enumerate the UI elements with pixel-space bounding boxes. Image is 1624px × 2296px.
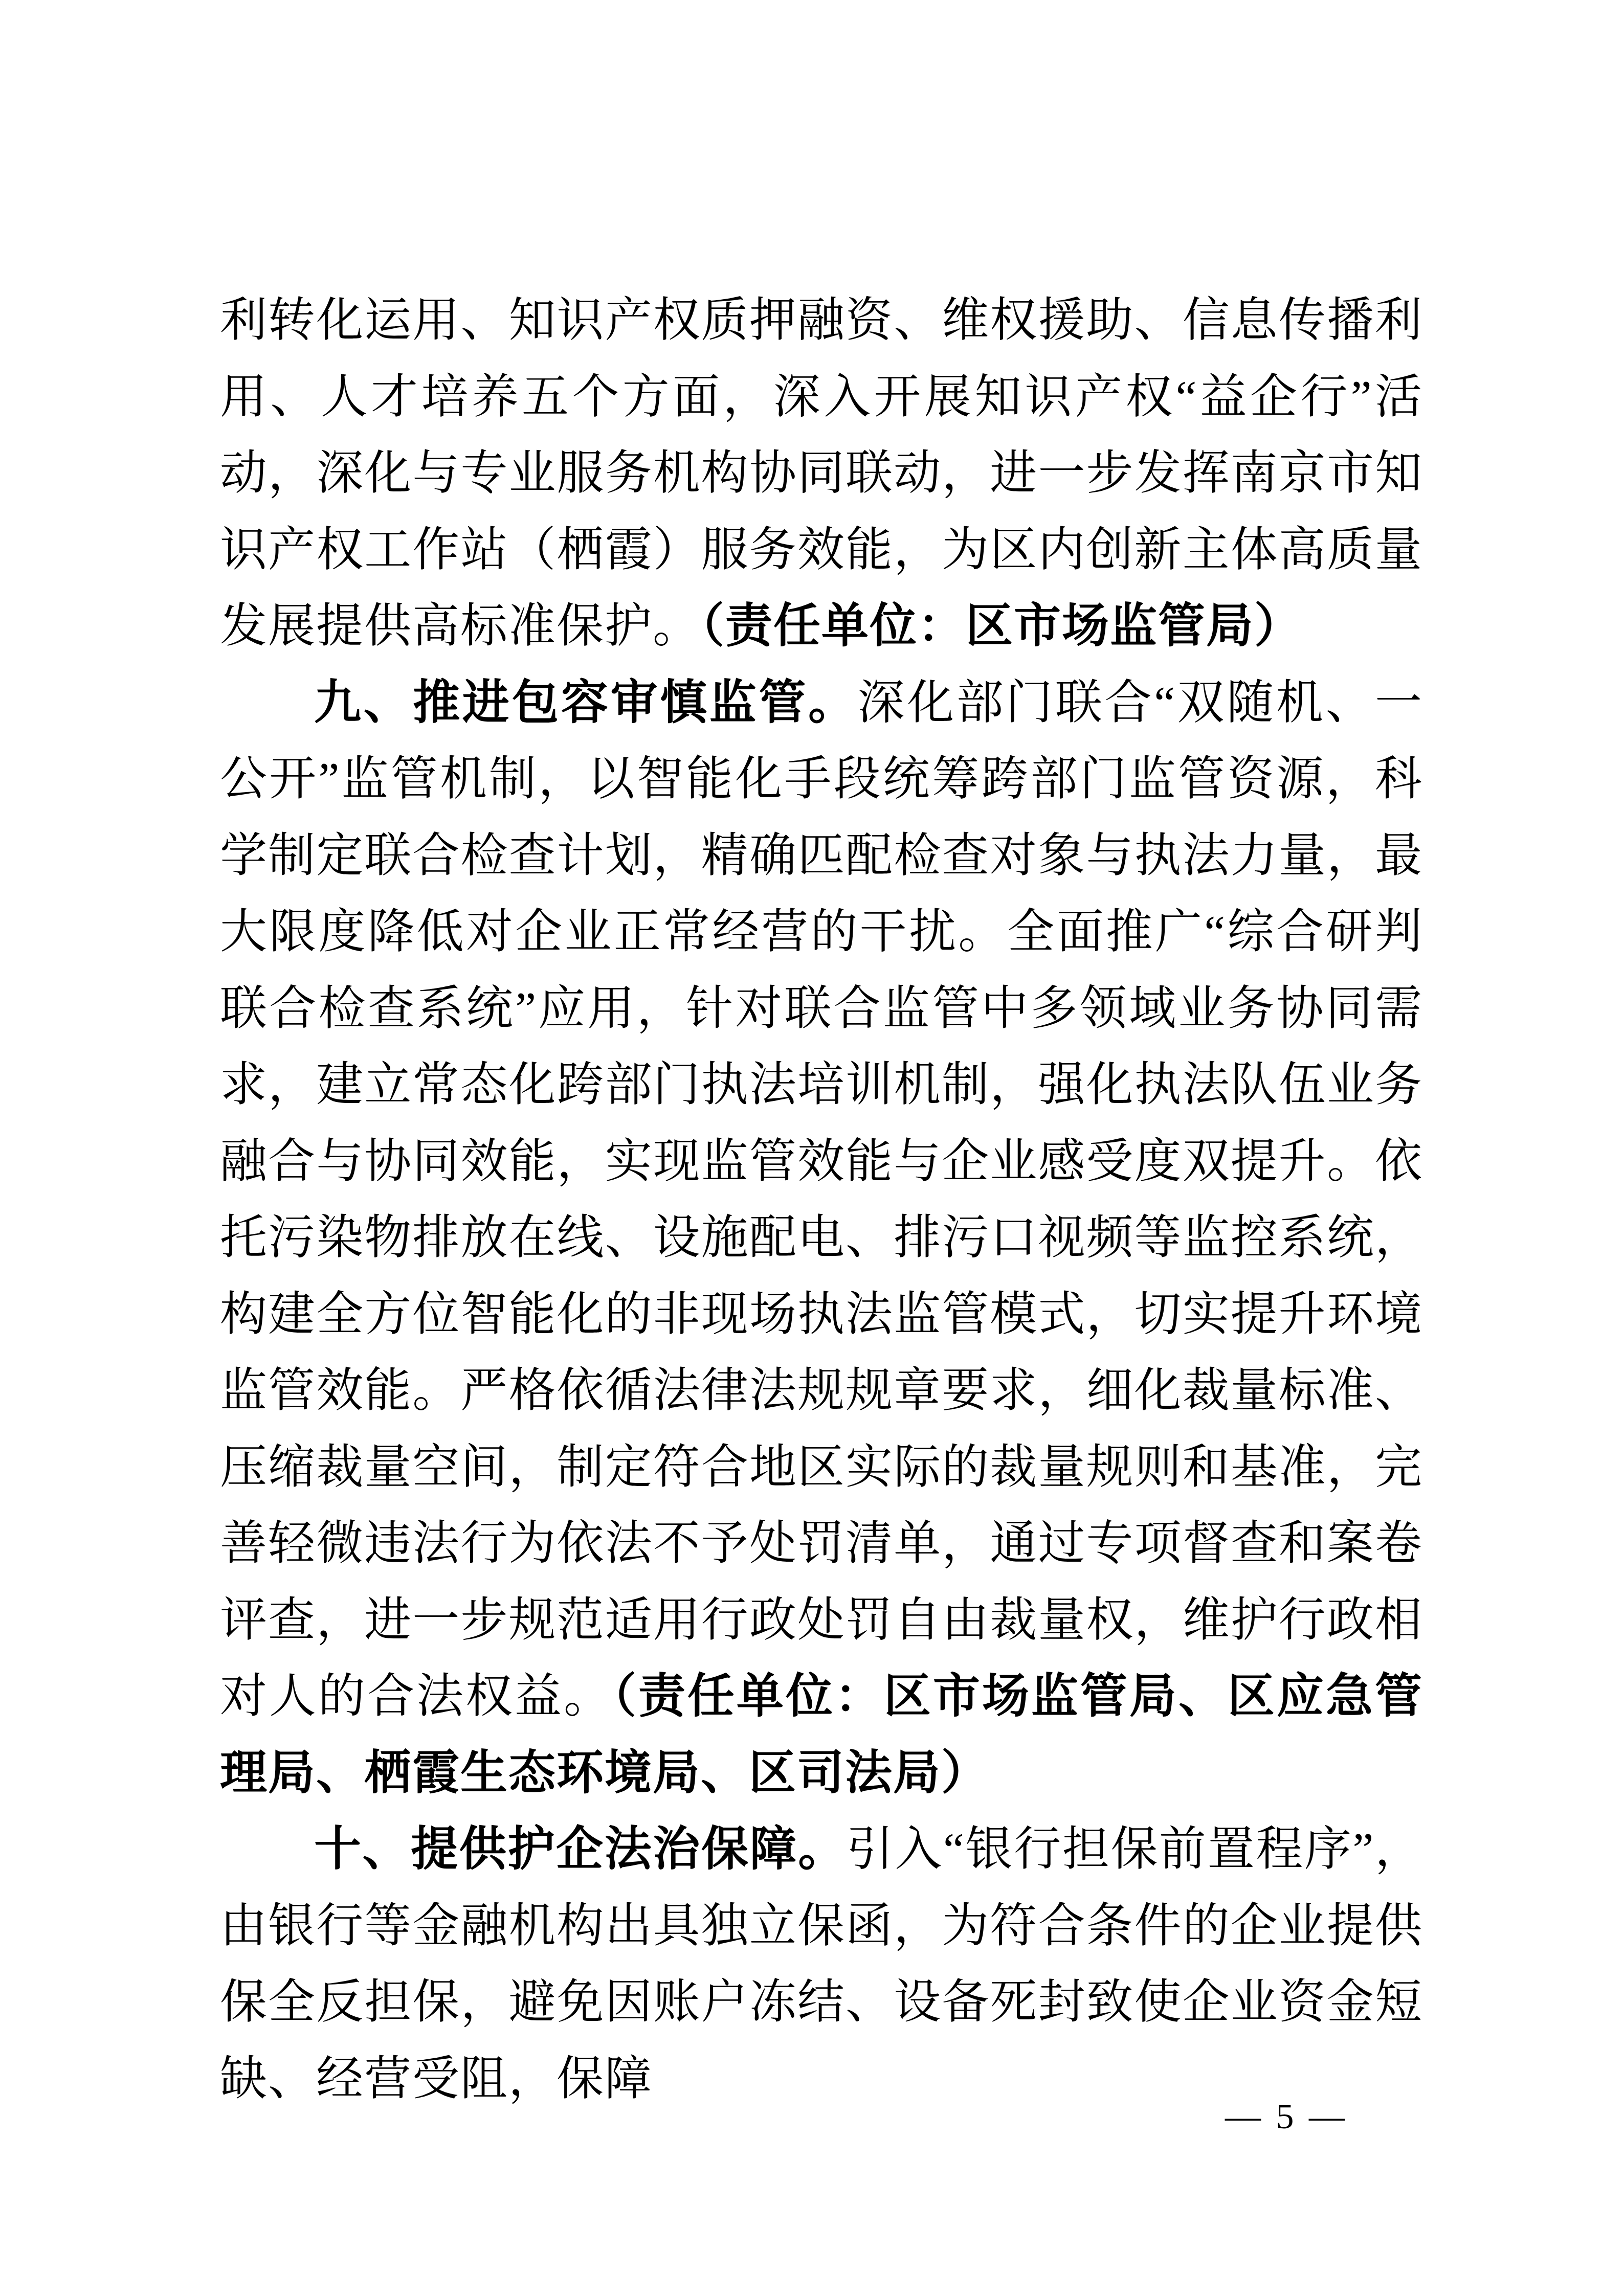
document-page: 利转化运用、知识产权质押融资、维权援助、信息传播利用、人才培养五个方面，深入开展… bbox=[0, 0, 1624, 2296]
document-body: 利转化运用、知识产权质押融资、维权援助、信息传播利用、人才培养五个方面，深入开展… bbox=[220, 282, 1423, 2117]
section-heading: 十、提供护企法治保障。 bbox=[314, 1823, 847, 1875]
responsible-unit-label: （责任单位：区市场监管局） bbox=[701, 600, 1302, 652]
paragraph-section-9-inclusive-prudent-regulation: 九、推进包容审慎监管。深化部门联合“双随机、一公开”监管机制，以智能化手段统筹跨… bbox=[220, 665, 1423, 1812]
paragraph-section-10-legal-protection: 十、提供护企法治保障。引入“银行担保前置程序”，由银行等金融机构出具独立保函，为… bbox=[220, 1811, 1423, 2117]
section-heading: 九、推进包容审慎监管。 bbox=[314, 677, 858, 729]
body-text: 利转化运用、知识产权质押融资、维权援助、信息传播利用、人才培养五个方面，深入开展… bbox=[220, 294, 1423, 652]
body-text: 深化部门联合“双随机、一公开”监管机制，以智能化手段统筹跨部门监管资源，科学制定… bbox=[220, 677, 1423, 1723]
page-number: — 5 — bbox=[1225, 2094, 1348, 2140]
paragraph-ip-protection-continued: 利转化运用、知识产权质押融资、维权援助、信息传播利用、人才培养五个方面，深入开展… bbox=[220, 282, 1423, 665]
